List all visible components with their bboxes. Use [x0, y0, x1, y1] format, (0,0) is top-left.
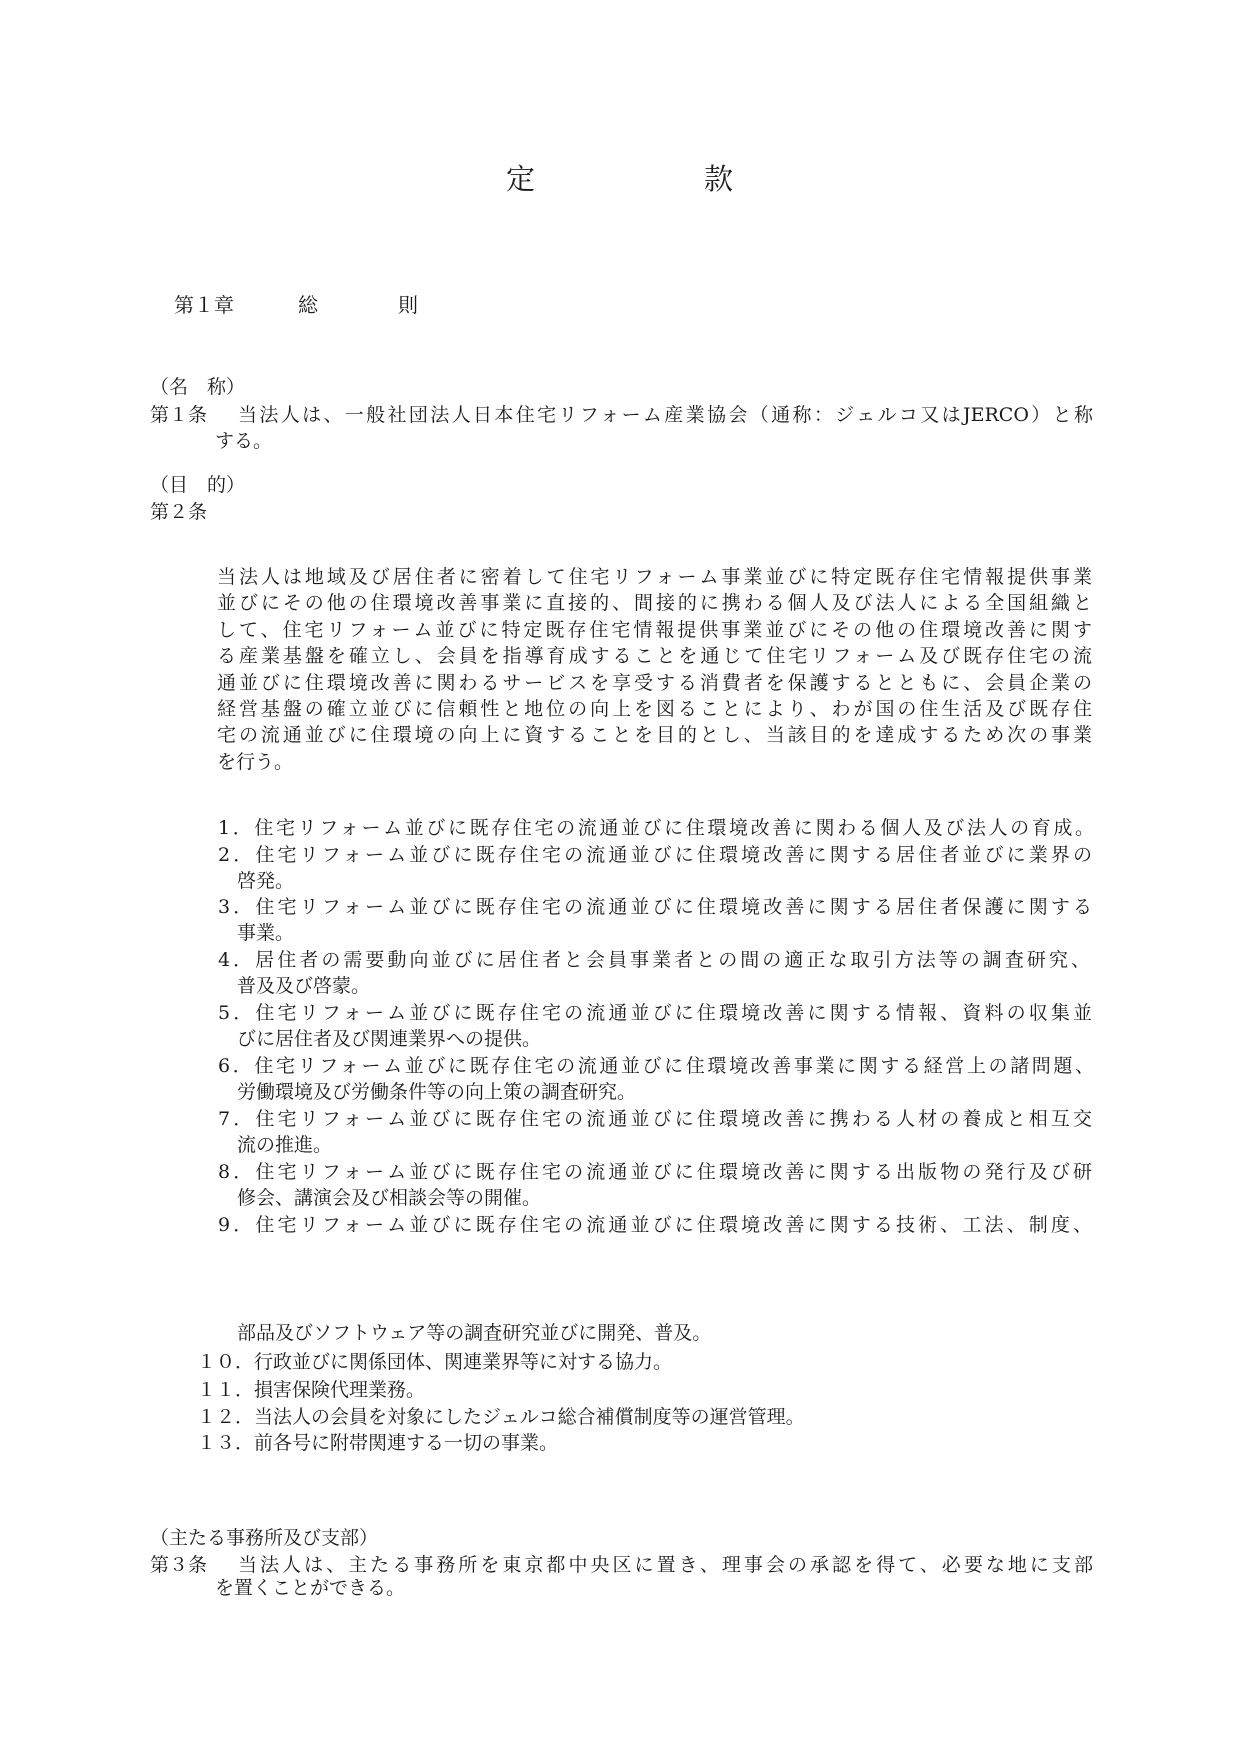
document-title-char-1: 定 [506, 163, 535, 195]
list-item: １０．行政並びに関係団体、関連業界等に対する協力。 [197, 1349, 672, 1375]
article-label: 第３条 [150, 1552, 207, 1578]
list-item-continuation: 部品及びソフトウェア等の調査研究並びに開発、普及。 [237, 1320, 711, 1346]
document-title-char-2: 款 [704, 163, 733, 195]
chapter-title-char-2: 則 [398, 291, 418, 319]
list-item: １１．損害保険代理業務。 [197, 1377, 425, 1403]
article-heading: （主たる事務所及び支部） [150, 1525, 378, 1551]
article-text-line: 当法人は地域及び居住者に密着して住宅リフォーム事業並びに特定既存住宅情報提供事業 [217, 564, 1092, 590]
list-item-continuation: 事業。 [237, 920, 294, 946]
document-page: 定 款 第１章 総 則 （名 称） 第１条 当法人は、一般社団法人日本住宅リフォ… [0, 0, 1240, 1754]
article-text-line: 宅の流通並びに住環境の向上に資することを目的とし、当該目的を達成するため次の事業 [217, 722, 1092, 748]
list-item: 6．住宅リフォーム並びに既存住宅の流通並びに住環境改善事業に関する経営上の諸問題… [218, 1053, 1094, 1079]
article-text-line: を置くことができる。 [215, 1575, 405, 1601]
article-label: 第１条 [150, 402, 207, 428]
list-item: 5．住宅リフォーム並びに既存住宅の流通並びに住環境改善に関する情報、資料の収集並 [218, 1000, 1092, 1026]
list-item: １２．当法人の会員を対象にしたジェルコ総合補償制度等の運営管理。 [197, 1404, 805, 1430]
article-text-line: する。 [215, 428, 272, 454]
list-item: １３．前各号に附帯関連する一切の事業。 [197, 1430, 558, 1456]
article-text-line: 通並びに住環境改善に関わるサービスを享受する消費者を保護するとともに、会員企業の [217, 670, 1092, 696]
article-text-line: して、住宅リフォーム並びに特定既存住宅情報提供事業並びにその他の住環境改善に関す [217, 617, 1092, 643]
list-item-continuation: 普及及び啓蒙。 [237, 973, 370, 999]
chapter-number: 第１章 [174, 291, 234, 319]
list-item: 8．住宅リフォーム並びに既存住宅の流通並びに住環境改善に関する出版物の発行及び研 [218, 1159, 1092, 1185]
list-item-continuation: 流の推進。 [237, 1132, 332, 1158]
list-item-continuation: 労働環境及び労働条件等の向上策の調査研究。 [237, 1079, 636, 1105]
article-text-line: 当法人は、一般社団法人日本住宅リフォーム産業協会（通称：ジェルコ又はJERCO）… [238, 402, 1093, 428]
article-text-line: を行う。 [217, 749, 293, 775]
list-item-continuation: 啓発。 [237, 868, 294, 894]
article-label: 第２条 [150, 499, 207, 525]
article-text-line: る産業基盤を確立し、会員を指導育成することを通じて住宅リフォーム及び既存住宅の流 [217, 643, 1092, 669]
list-item: 9．住宅リフォーム並びに既存住宅の流通並びに住環境改善に関する技術、工法、制度、 [218, 1212, 1092, 1238]
list-item-continuation: びに居住者及び関連業界への提供。 [237, 1026, 541, 1052]
article-heading: （目 的） [150, 472, 245, 498]
list-item-continuation: 修会、講演会及び相談会等の開催。 [237, 1185, 541, 1211]
article-text-line: 経営基盤の確立並びに信頼性と地位の向上を図ることにより、わが国の住生活及び既存住 [217, 696, 1092, 722]
article-text-line: 並びにその他の住環境改善事業に直接的、間接的に携わる個人及び法人による全国組織と [217, 590, 1092, 616]
list-item: 7．住宅リフォーム並びに既存住宅の流通並びに住環境改善に携わる人材の養成と相互交 [218, 1106, 1092, 1132]
list-item: 4．居住者の需要動向並びに居住者と会員事業者との間の適正な取引方法等の調査研究、 [218, 947, 1090, 973]
article-heading: （名 称） [150, 374, 245, 400]
list-item: 2．住宅リフォーム並びに既存住宅の流通並びに住環境改善に関する居住者並びに業界の [218, 842, 1092, 868]
list-item: 3．住宅リフォーム並びに既存住宅の流通並びに住環境改善に関する居住者保護に関する [218, 894, 1092, 920]
chapter-title-char-1: 総 [298, 291, 318, 319]
list-item: 1．住宅リフォーム並びに既存住宅の流通並びに住環境改善に関わる個人及び法人の育成… [218, 815, 1094, 841]
